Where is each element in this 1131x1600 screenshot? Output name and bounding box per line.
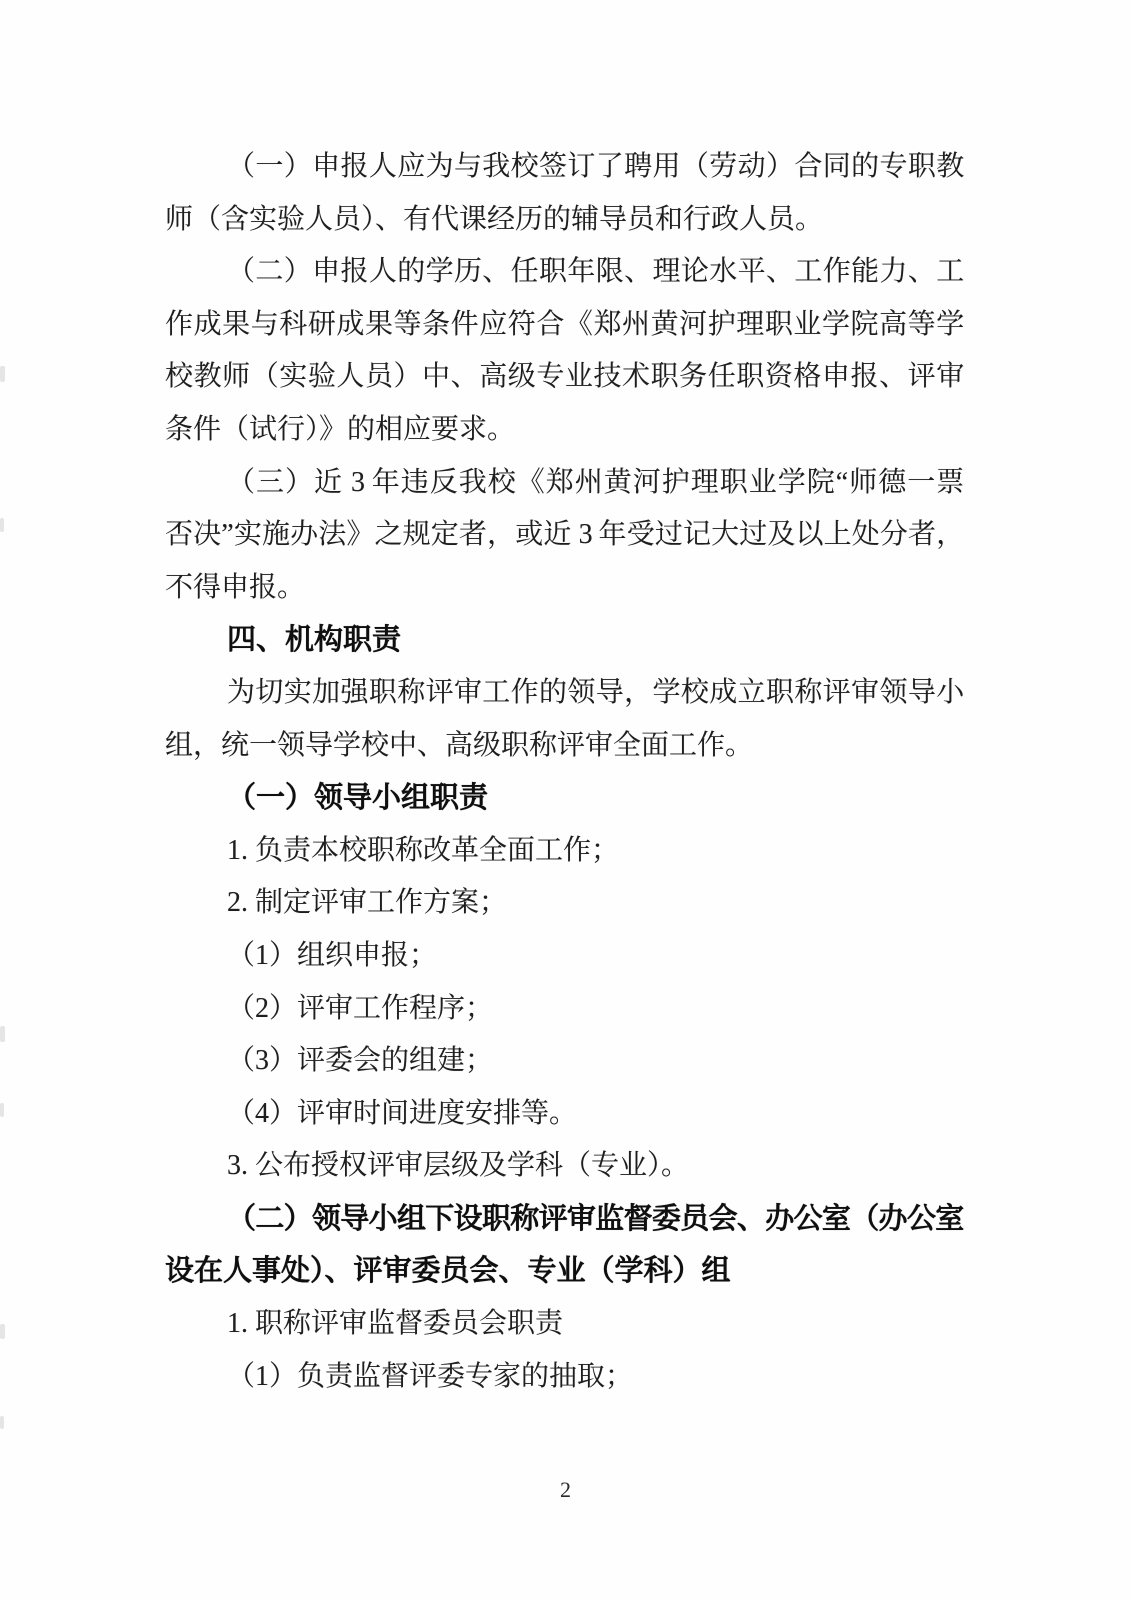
page-number: 2 [0, 1477, 1131, 1503]
document-page: （一）申报人应为与我校签订了聘用（劳动）合同的专职教师（含实验人员）、有代课经历… [0, 0, 1131, 1600]
document-body: （一）申报人应为与我校签订了聘用（劳动）合同的专职教师（含实验人员）、有代课经历… [165, 141, 963, 1403]
text-line: （三）近 3 年违反我校《郑州黄河护理职业学院“师德一票 [165, 457, 963, 510]
text-line: 否决”实施办法》之规定者，或近 3 年受过记大过及以上处分者， [165, 509, 963, 562]
scan-artifact [0, 1103, 4, 1117]
text-line: （2）评审工作程序； [165, 983, 963, 1036]
text-line: 1. 负责本校职称改革全面工作； [165, 825, 963, 878]
text-line: （1）组织申报； [165, 930, 963, 983]
text-line: （1）负责监督评委专家的抽取； [165, 1351, 963, 1404]
text-line: 不得申报。 [165, 562, 963, 615]
scan-artifact [0, 1026, 5, 1042]
section-heading: 四、机构职责 [165, 614, 963, 667]
text-line: （二）申报人的学历、任职年限、理论水平、工作能力、工 [165, 246, 963, 299]
text-line: 师（含实验人员）、有代课经历的辅导员和行政人员。 [165, 194, 963, 247]
text-line: 1. 职称评审监督委员会职责 [165, 1298, 963, 1351]
text-line: 为切实加强职称评审工作的领导，学校成立职称评审领导小 [165, 667, 963, 720]
text-line: 校教师（实验人员）中、高级专业技术职务任职资格申报、评审 [165, 351, 963, 404]
scan-artifact [0, 366, 5, 382]
section-heading: （一）领导小组职责 [165, 772, 963, 825]
scan-artifact [0, 1324, 5, 1339]
text-line: 组，统一领导学校中、高级职称评审全面工作。 [165, 720, 963, 773]
text-line: （4）评审时间进度安排等。 [165, 1088, 963, 1141]
section-heading: 设在人事处）、评审委员会、专业（学科）组 [165, 1245, 963, 1298]
text-line: 2. 制定评审工作方案； [165, 877, 963, 930]
text-line: （一）申报人应为与我校签订了聘用（劳动）合同的专职教 [165, 141, 963, 194]
text-line: 3. 公布授权评审层级及学科（专业）。 [165, 1140, 963, 1193]
scan-artifact [0, 518, 4, 532]
scan-artifact [0, 1416, 4, 1429]
section-heading: （二）领导小组下设职称评审监督委员会、办公室（办公室 [165, 1193, 963, 1246]
text-line: （3）评委会的组建； [165, 1035, 963, 1088]
text-line: 条件（试行）》的相应要求。 [165, 404, 963, 457]
text-line: 作成果与科研成果等条件应符合《郑州黄河护理职业学院高等学 [165, 299, 963, 352]
